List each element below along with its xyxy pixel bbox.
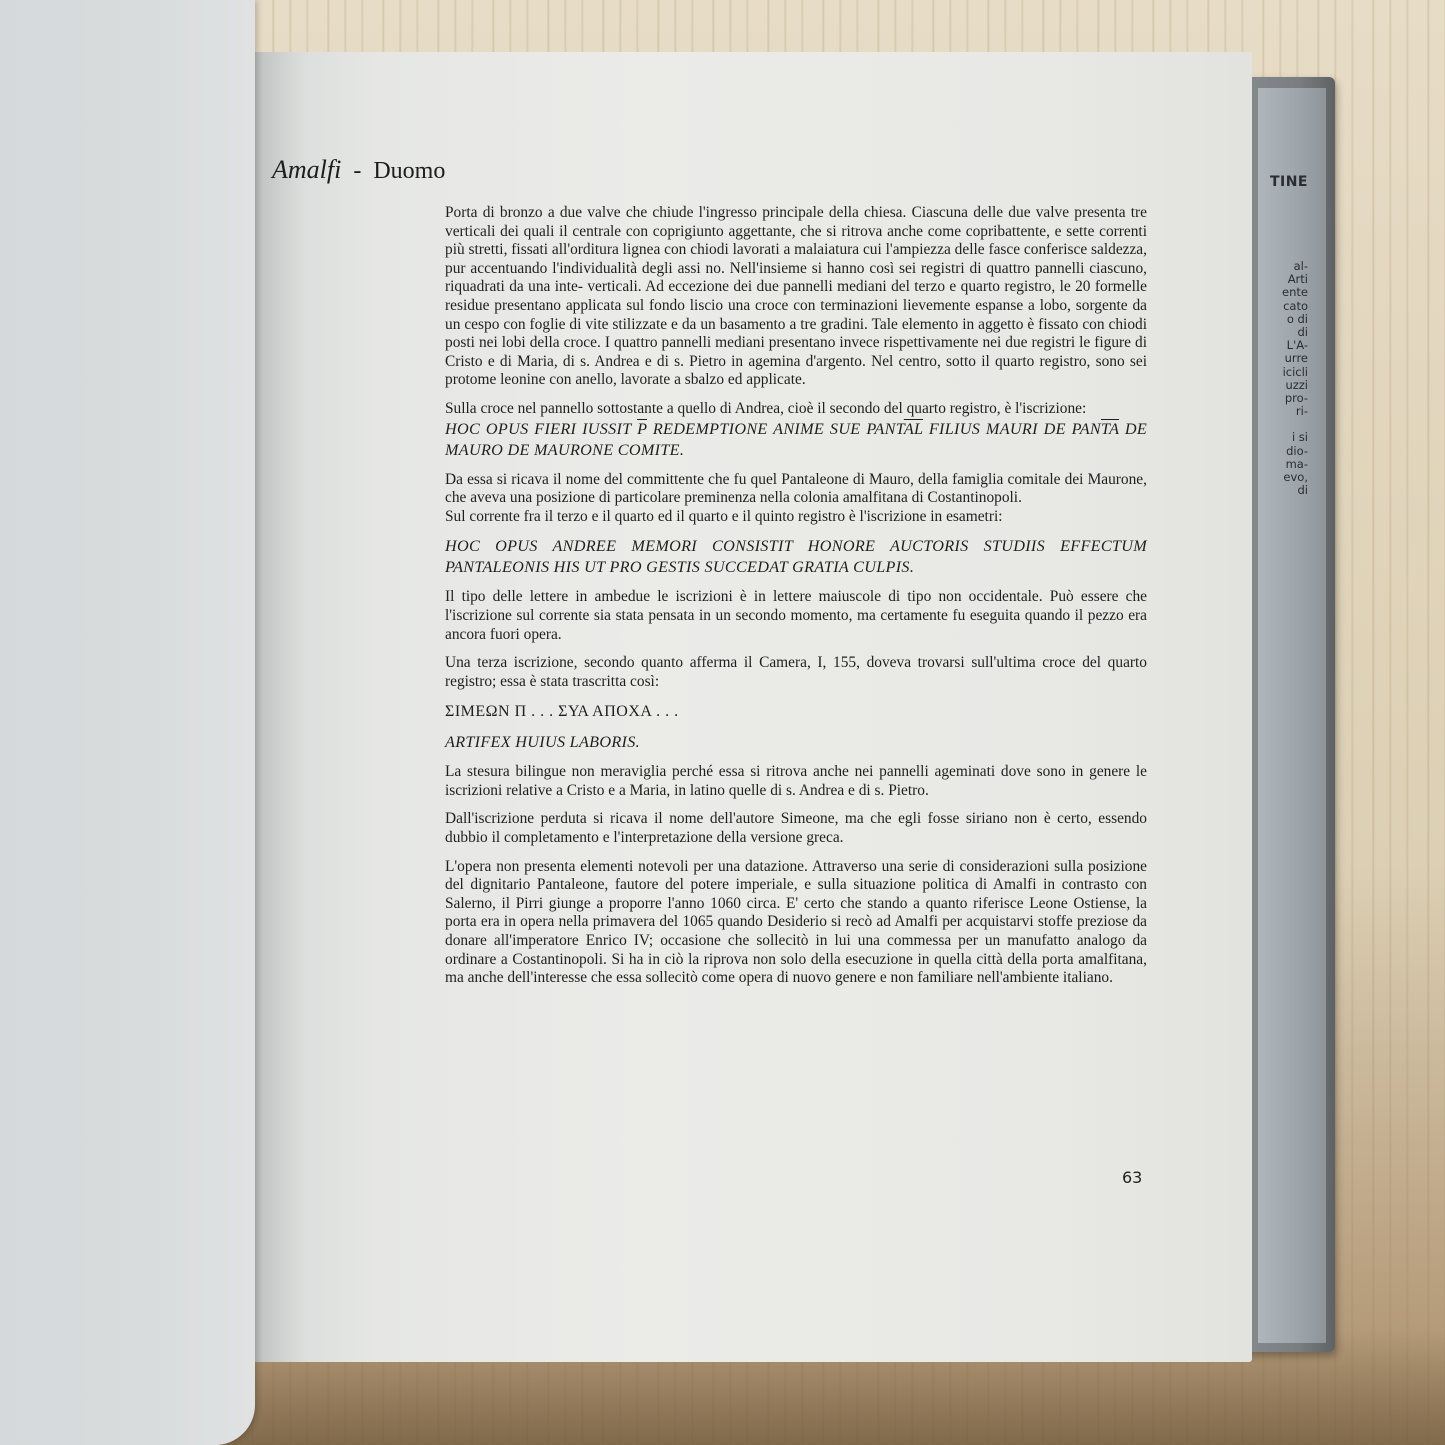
inscription-hexameter: HOC OPUS ANDREE MEMORI CONSISTIT HONORE …: [445, 536, 1147, 578]
jacket-title-fragment: TINE: [1270, 174, 1308, 190]
jacket-line: i si: [1258, 431, 1308, 444]
heading-separator: -: [353, 158, 361, 184]
heading-site: Duomo: [373, 158, 445, 184]
inscription-pantaleone: HOC OPUS FIERI IUSSIT P REDEMPTIONE ANIM…: [445, 419, 1147, 461]
inscription-artifex: ARTIFEX HUIUS LABORIS.: [445, 732, 1147, 753]
jacket-line: ri-: [1258, 405, 1308, 418]
inscription-text: FILIUS MAURI DE PAN: [923, 420, 1101, 438]
inscription-text: HOC OPUS FIERI IUSSIT: [445, 420, 637, 438]
paragraph-letter-type: Il tipo delle lettere in ambedue le iscr…: [445, 588, 1147, 644]
jacket-line: di: [1258, 484, 1308, 497]
inscription-abbreviation: TA: [1101, 420, 1119, 438]
heading-place: Amalfi: [272, 155, 341, 184]
left-page-blank: [0, 0, 255, 1445]
paragraph-door-description: Porta di bronzo a due valve che chiude l…: [445, 204, 1147, 390]
paragraph-hexameter-intro: Sul corrente fra il terzo e il quarto ed…: [445, 508, 1147, 527]
body-text: Porta di bronzo a due valve che chiude l…: [445, 204, 1147, 998]
paragraph-first-inscription-intro: Sulla croce nel pannello sottostante a q…: [445, 400, 1147, 419]
inscription-abbreviation: AL: [904, 420, 923, 438]
paragraph-dating: L'opera non presenta elementi notevoli p…: [445, 858, 1147, 988]
jacket-line: ente: [1258, 286, 1308, 299]
dust-jacket-flap: TINE al- Arti ente cato o di di L'A- urr…: [1258, 88, 1326, 1343]
page-number: 63: [1122, 1168, 1142, 1187]
jacket-line: uzzi: [1258, 379, 1308, 392]
page-heading: Amalfi-Duomo: [272, 155, 445, 185]
paragraph-bilingual: La stesura bilingue non meraviglia perch…: [445, 763, 1147, 800]
paragraph-committente: Da essa si ricava il nome del committent…: [445, 471, 1147, 508]
paragraph-simeone: Dall'iscrizione perduta si ricava il nom…: [445, 810, 1147, 847]
paragraph-third-inscription-intro: Una terza iscrizione, secondo quanto aff…: [445, 654, 1147, 691]
jacket-line: o di: [1258, 313, 1308, 326]
jacket-line: urre: [1258, 352, 1308, 365]
jacket-text-fragments: al- Arti ente cato o di di L'A- urre ici…: [1258, 260, 1308, 497]
inscription-greek: ΣΙΜΕΩΝ Π . . . ΣΥΑ ΑΠΟΧΑ . . .: [445, 701, 1147, 722]
jacket-line: cato: [1258, 300, 1308, 313]
inscription-text: REDEMPTIONE ANIME SUE PANT: [647, 420, 904, 438]
inscription-abbreviation: P: [637, 420, 647, 438]
jacket-line: icicli: [1258, 366, 1308, 379]
jacket-line: dio-: [1258, 445, 1308, 458]
